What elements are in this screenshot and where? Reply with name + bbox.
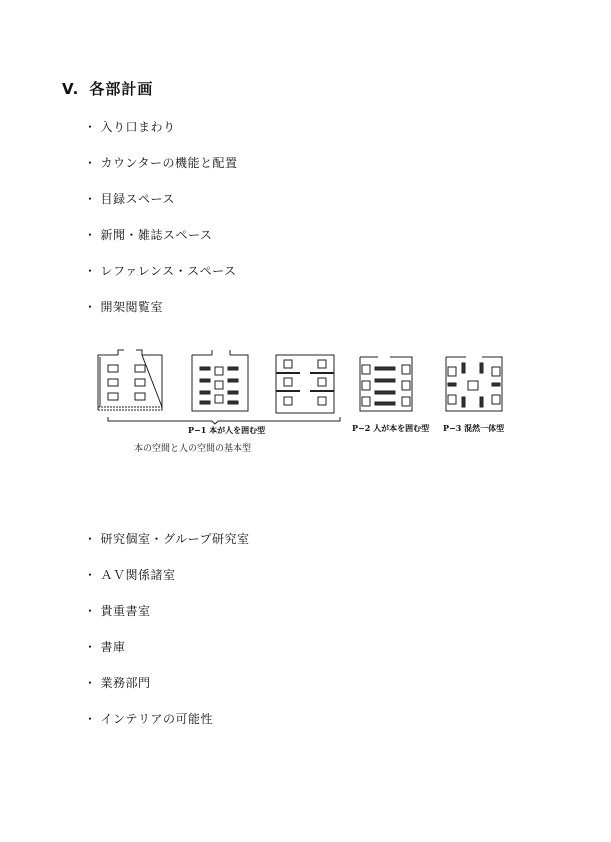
list-item: ・書庫 [84,638,126,655]
caption-p3: P−3 混然一体型 [443,423,504,434]
section-heading: V.各部計画 [62,78,153,99]
caption-p2: P−2 人が本を囲む型 [352,423,429,434]
floor-plan-figure [90,345,530,425]
plan-p1a [98,350,162,410]
section-number: V. [62,80,79,98]
figure-caption: 本の空間と人の空間の基本型 [134,441,251,454]
plan-p2 [360,357,412,411]
list-item: ・目録スペース [84,190,175,207]
list-item: ・貴重書室 [84,602,151,619]
section-title: 各部計画 [89,80,153,98]
list-item: ・インテリアの可能性 [84,710,213,727]
list-item: ・開架閲覧室 [84,298,163,315]
list-item: ・レファレンス・スペース [84,262,237,279]
plan-p3 [446,357,502,411]
plan-p1c [276,355,334,413]
list-item: ・業務部門 [84,674,151,691]
list-item: ・カウンターの機能と配置 [84,154,238,171]
caption-p1: P−1 本が人を囲む型 [188,425,265,436]
list-item: ・研究個室・グループ研究室 [84,530,250,547]
list-item: ・ＡＶ関係諸室 [84,566,176,583]
plan-p1b [192,350,248,411]
list-item: ・新聞・雑誌スペース [84,226,212,243]
list-item: ・入り口まわり [84,118,176,135]
